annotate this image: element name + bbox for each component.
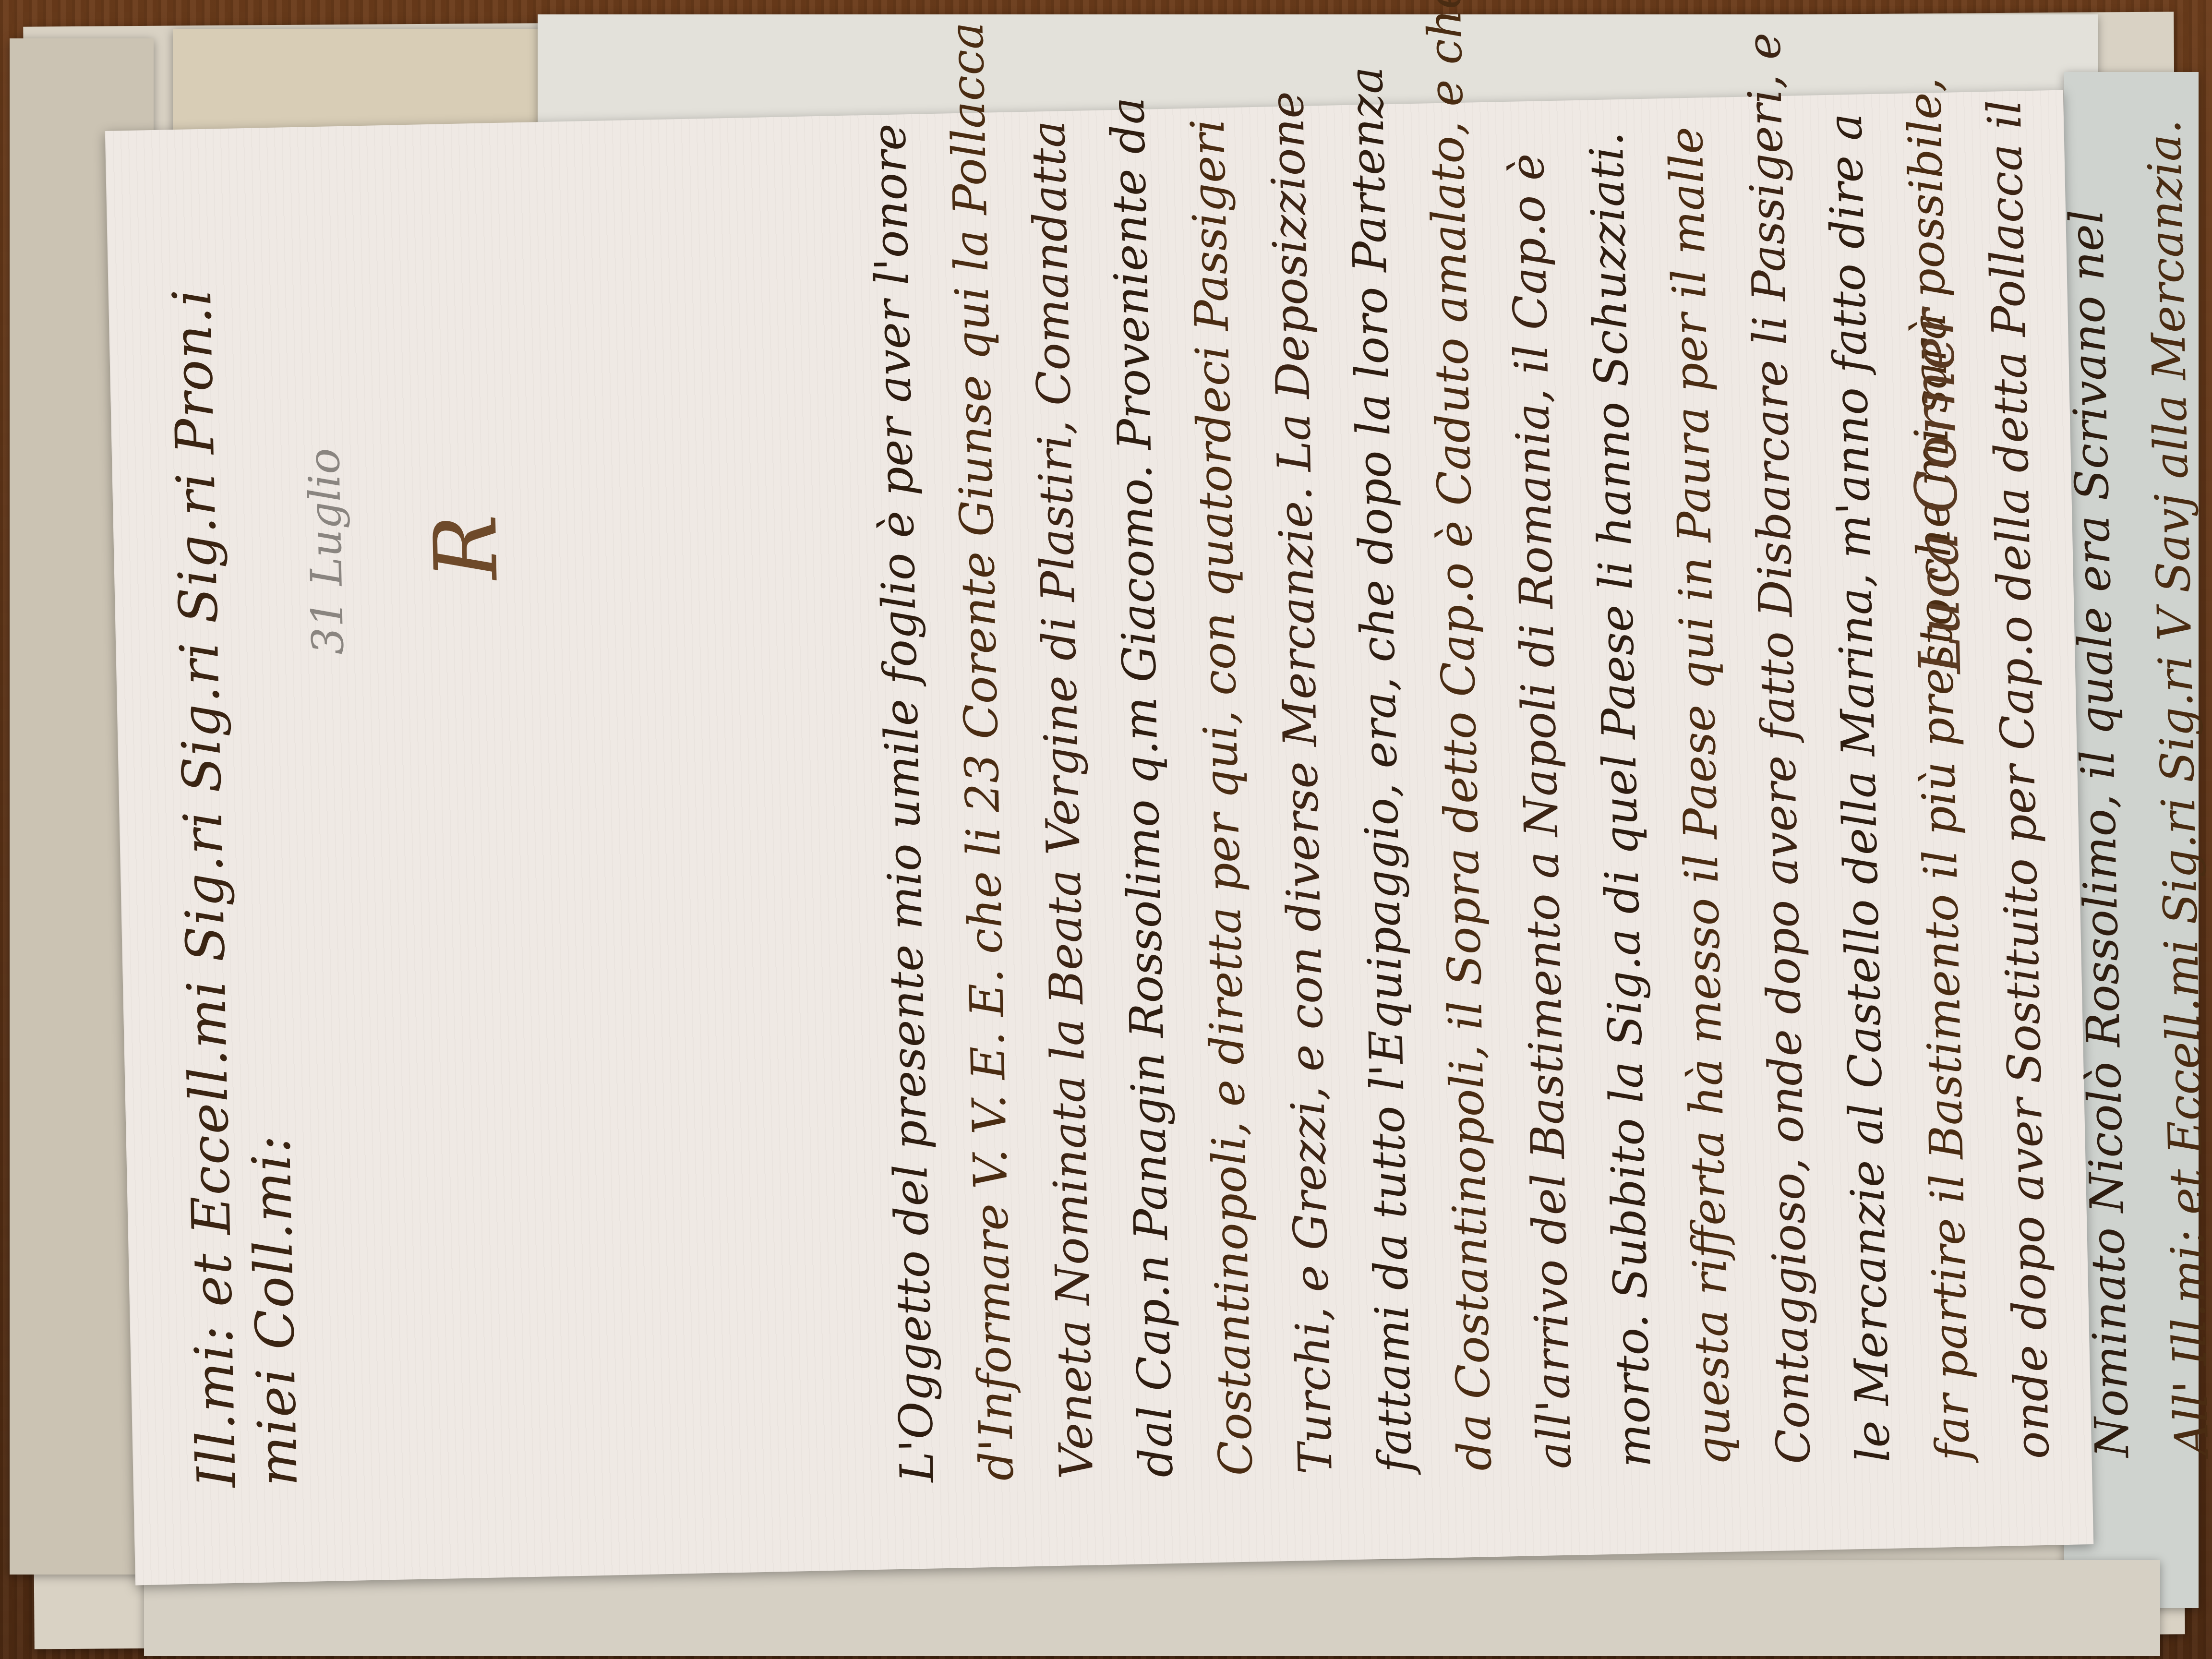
margin-mark: R [416,514,517,581]
letter-body: L'Oggetto del presente mio umile foglio … [848,63,2212,1483]
rotated-text-frame: Ill.mi: et Eccell.mi Sig.ri Sig.ri Sig.r… [139,125,2040,1556]
pencil-date-note: 31 Luglio [299,448,354,655]
salutation: Ill.mi: et Eccell.mi Sig.ri Sig.ri Sig.r… [158,161,309,1488]
letter-page: Ill.mi: et Eccell.mi Sig.ri Sig.ri Sig.r… [105,90,2094,1586]
signature: Luca Corner [1899,308,1974,675]
